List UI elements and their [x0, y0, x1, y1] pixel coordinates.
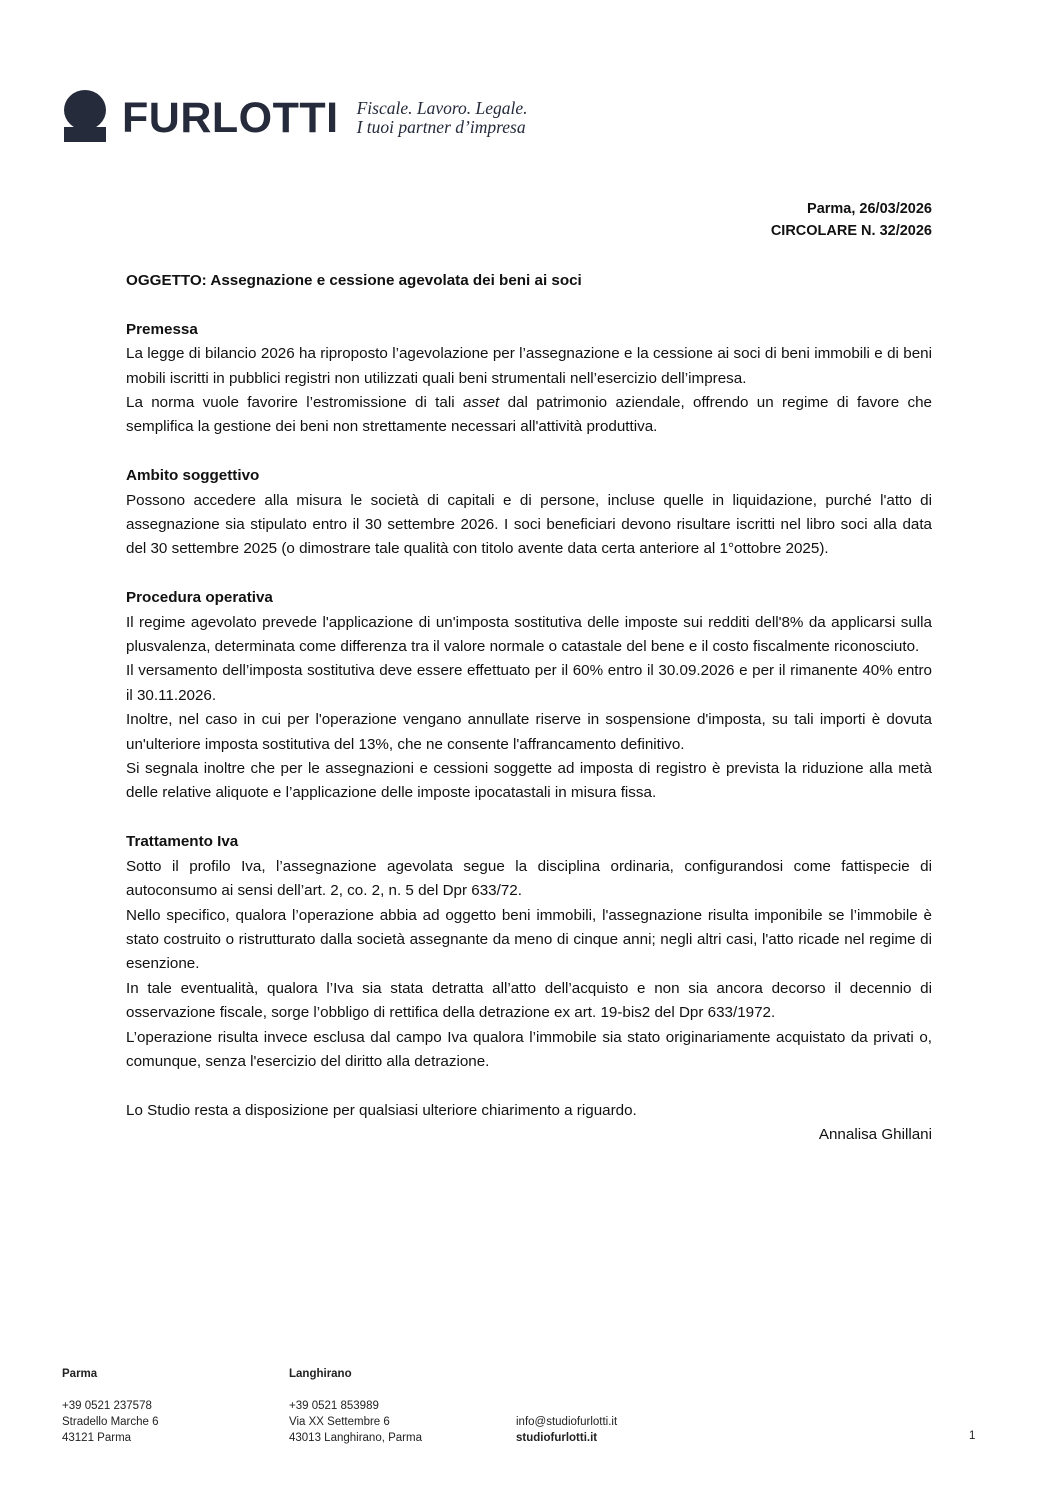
section-title-iva: Trattamento Iva [126, 830, 932, 854]
office-phone[interactable]: +39 0521 853989 [289, 1398, 422, 1414]
italic-term: asset [463, 394, 499, 411]
section-title-ambito: Ambito soggettivo [126, 464, 932, 488]
signature: Annalisa Ghillani [126, 1123, 932, 1147]
paragraph: L’operazione risulta invece esclusa dal … [126, 1026, 932, 1075]
logo-bust-icon [64, 90, 106, 142]
place-date: Parma, 26/03/2026 [771, 198, 932, 220]
office-title: Parma [62, 1366, 159, 1382]
logo-wordmark: FURLOTTI [122, 97, 339, 140]
office-phone[interactable]: +39 0521 237578 [62, 1398, 159, 1414]
paragraph: Si segnala inoltre che per le assegnazio… [126, 757, 932, 806]
footer-office-langhirano: Langhirano +39 0521 853989 Via XX Settem… [289, 1366, 422, 1446]
office-city: 43013 Langhirano, Parma [289, 1430, 422, 1446]
closing-line: Lo Studio resta a disposizione per quals… [126, 1099, 932, 1123]
paragraph: Il regime agevolato prevede l'applicazio… [126, 611, 932, 660]
email-link[interactable]: info@studiofurlotti.it [516, 1414, 617, 1430]
tagline-line-2: I tuoi partner d’impresa [357, 118, 528, 137]
circular-number: CIRCOLARE N. 32/2026 [771, 220, 932, 242]
subject-line: OGGETTO: Assegnazione e cessione agevola… [126, 269, 932, 293]
office-title: Langhirano [289, 1366, 422, 1382]
paragraph: Sotto il profilo Iva, l’assegnazione age… [126, 855, 932, 904]
paragraph: Nello specifico, qualora l’operazione ab… [126, 904, 932, 977]
paragraph: Possono accedere alla misura le società … [126, 489, 932, 562]
section-title-procedura: Procedura operativa [126, 586, 932, 610]
paragraph: La norma vuole favorire l’estromissione … [126, 391, 932, 440]
paragraph: Inoltre, nel caso in cui per l'operazion… [126, 708, 932, 757]
footer-contacts: info@studiofurlotti.it studiofurlotti.it [516, 1414, 617, 1446]
paragraph: In tale eventualità, qualora l’Iva sia s… [126, 977, 932, 1026]
tagline-line-1: Fiscale. Lavoro. Legale. [357, 99, 528, 118]
office-address: Via XX Settembre 6 [289, 1414, 422, 1430]
logo-tagline: Fiscale. Lavoro. Legale. I tuoi partner … [357, 99, 528, 137]
office-address: Stradello Marche 6 [62, 1414, 159, 1430]
document-header: Parma, 26/03/2026 CIRCOLARE N. 32/2026 [771, 198, 932, 242]
office-city: 43121 Parma [62, 1430, 159, 1446]
paragraph: Il versamento dell’imposta sostitutiva d… [126, 659, 932, 708]
section-title-premessa: Premessa [126, 318, 932, 342]
website-link[interactable]: studiofurlotti.it [516, 1430, 617, 1446]
footer-office-parma: Parma +39 0521 237578 Stradello Marche 6… [62, 1366, 159, 1446]
company-logo: FURLOTTI Fiscale. Lavoro. Legale. I tuoi… [64, 90, 528, 142]
page-number: 1 [969, 1430, 975, 1442]
paragraph: La legge di bilancio 2026 ha riproposto … [126, 342, 932, 391]
document-body: OGGETTO: Assegnazione e cessione agevola… [126, 269, 932, 1148]
